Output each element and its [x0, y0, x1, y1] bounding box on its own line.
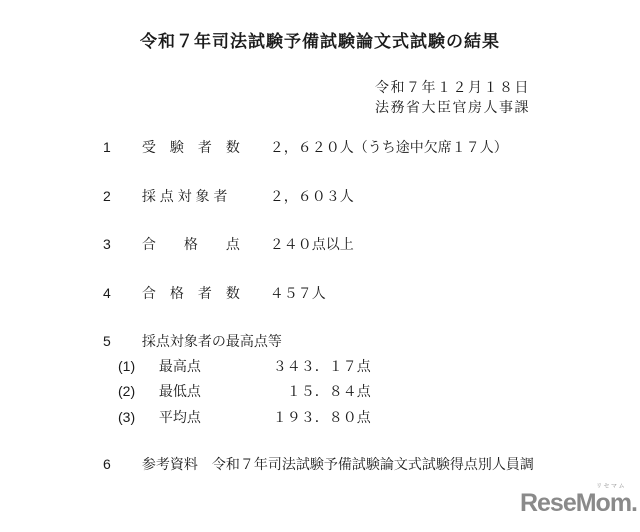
item-value: ２，６２０人（うち途中欠席１７人） — [270, 139, 508, 155]
sub-item-label: 平均点 — [159, 409, 269, 425]
item-value: ２４０点以上 — [270, 236, 354, 252]
sub-item-value: １９３．８０点 — [273, 409, 371, 425]
item-label: 採点対象者の最高点等 — [142, 333, 282, 349]
item-label: 合 格 点 — [142, 236, 266, 252]
item-number: 2 — [103, 188, 138, 204]
sub-item-number: (3) — [118, 409, 155, 425]
sub-item-value: ３４３．１７点 — [273, 358, 371, 374]
item-value: ２，６０３人 — [270, 188, 354, 204]
sub-item-label: 最高点 — [159, 358, 269, 374]
sub-item-row-lowest: (2) 最低点 １５．８４点 — [118, 383, 371, 399]
item-row-passers: 4 合 格 者 数 ４５７人 — [103, 285, 326, 301]
item-number: 5 — [103, 333, 138, 349]
resemom-logo-text: ReseMom. — [520, 490, 637, 516]
item-row-passing-score: 3 合 格 点 ２４０点以上 — [103, 236, 354, 252]
item-number: 6 — [103, 456, 138, 472]
item-number: 1 — [103, 139, 138, 155]
page-title: 令和７年司法試験予備試験論文式試験の結果 — [0, 27, 640, 52]
item-value: ４５７人 — [270, 285, 326, 301]
item-number: 3 — [103, 236, 138, 252]
date-line: 令和７年１２月１８日 — [375, 78, 530, 98]
item-row-score-stats-heading: 5 採点対象者の最高点等 — [103, 333, 282, 349]
issuer-line: 法務省大臣官房人事課 — [375, 98, 530, 118]
sub-item-value: １５．８４点 — [273, 383, 371, 399]
item-row-reference: 6 参考資料 令和７年司法試験予備試験論文式試験得点別人員調 — [103, 456, 534, 472]
item-label: 参考資料 令和７年司法試験予備試験論文式試験得点別人員調 — [142, 456, 534, 472]
item-row-graded: 2 採 点 対 象 者 ２，６０３人 — [103, 188, 354, 204]
sub-item-row-highest: (1) 最高点 ３４３．１７点 — [118, 358, 371, 374]
item-label: 合 格 者 数 — [142, 285, 266, 301]
item-number: 4 — [103, 285, 138, 301]
resemom-logo: リセマム ReseMom. — [520, 484, 637, 516]
sub-item-row-average: (3) 平均点 １９３．８０点 — [118, 409, 371, 425]
date-block: 令和７年１２月１８日 法務省大臣官房人事課 — [375, 78, 530, 117]
sub-item-label: 最低点 — [159, 383, 269, 399]
item-row-examinees: 1 受 験 者 数 ２，６２０人（うち途中欠席１７人） — [103, 139, 508, 155]
sub-item-number: (2) — [118, 383, 155, 399]
sub-item-number: (1) — [118, 358, 155, 374]
item-label: 受 験 者 数 — [142, 139, 266, 155]
document-page: 令和７年司法試験予備試験論文式試験の結果 令和７年１２月１８日 法務省大臣官房人… — [0, 0, 640, 532]
item-label: 採 点 対 象 者 — [142, 188, 266, 204]
